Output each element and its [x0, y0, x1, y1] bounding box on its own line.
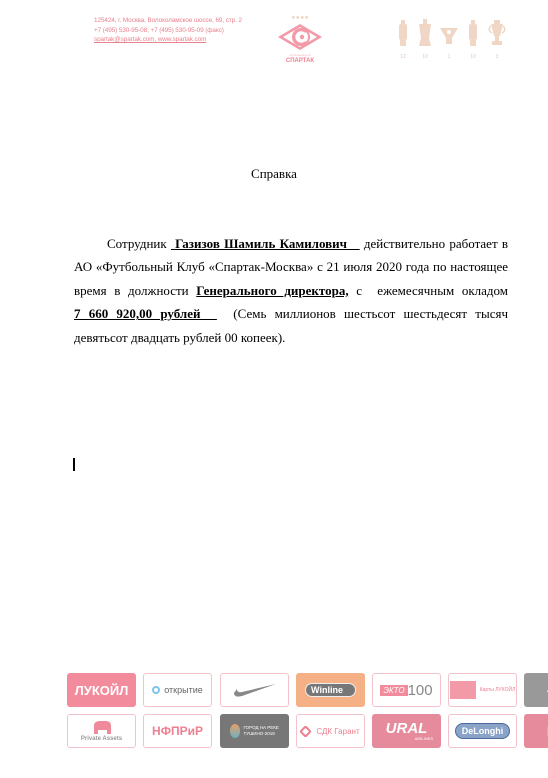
sponsor-winline: Winline [296, 673, 365, 707]
sponsor-nike [220, 673, 289, 707]
spartak-logo: ★★★★ футбольный клуб СПАРТАК [266, 12, 334, 66]
otkritie-icon [152, 686, 160, 694]
sponsor-label: СДК Гарант [316, 727, 359, 736]
email-link[interactable]: spartak@spartak.com [94, 36, 154, 43]
text-cursor [73, 458, 75, 471]
sponsor-ekto100: ЭКТО100 [372, 673, 441, 707]
ural-sub-label: AIRLINES [415, 736, 433, 741]
ekto-number: 100 [408, 682, 433, 699]
salary-intro-text: с ежемесячным окладом [349, 283, 512, 298]
sponsor-lukoil: ЛУКОЙЛ [67, 673, 136, 707]
trophy-count: 1 [438, 54, 460, 60]
trophy-count: 12 [392, 54, 414, 60]
phone-line: +7 (495) 530-95-08; +7 (495) 530-95-09 (… [94, 26, 242, 36]
website-link[interactable]: www.spartak.com [158, 36, 207, 43]
sponsor-ural-airlines: URAL AIRLINES [372, 714, 441, 748]
championship-trophy-icon: 12 [392, 16, 414, 60]
ekto-label: ЭКТО [380, 685, 407, 696]
contact-line: spartak@spartak.com, www.spartak.com [94, 35, 242, 45]
document-title: Справка [0, 166, 548, 182]
letterhead-address: 125424, г. Москва, Волоколамское шоссе, … [94, 16, 242, 45]
sponsor-label: Private Assets [81, 736, 122, 742]
nike-swoosh-icon [232, 681, 278, 699]
document-body: Сотрудник Газизов Шамиль Камилович дейст… [74, 232, 508, 349]
position: Генерального директора, [196, 283, 348, 298]
logo-name: СПАРТАК [286, 58, 315, 64]
sponsor-label: ГОРОД НА РЕКЕ ТУШИНО-2018 [244, 725, 280, 737]
sponsor-nis: NIS [524, 714, 548, 748]
super-cup-trophy-icon: 1 [438, 16, 460, 60]
sponsor-delonghi: DeLonghi [448, 714, 517, 748]
employee-name: Газизов Шамиль Камилович [171, 236, 360, 251]
sponsor-otkritie: открытие [143, 673, 212, 707]
sponsor-label: Winline [305, 683, 356, 697]
sponsor-tushino: ГОРОД НА РЕКЕ ТУШИНО-2018 [220, 714, 289, 748]
sdk-icon [300, 725, 313, 738]
trophy-count: 10 [462, 54, 484, 60]
sponsor-nfprir: НФПРиР [143, 714, 212, 748]
sponsor-label: НФПРиР [152, 724, 203, 738]
sponsor-private-assets: Private Assets [67, 714, 136, 748]
stars-icon: ★★★★ [291, 15, 309, 21]
russian-cup-trophy-icon: 3 [486, 16, 508, 60]
sponsor-label: ЛУКОЙЛ [75, 683, 129, 698]
trophy-count: 3 [486, 54, 508, 60]
card-icon [450, 681, 476, 699]
sponsor-sdk-garant: СДК Гарант [296, 714, 365, 748]
tushino-icon [230, 724, 240, 738]
salary-amount: 7 660 920,00 рублей [74, 306, 217, 321]
sponsor-lukoil-gray: Лукойл [524, 673, 548, 707]
sponsor-label: Карты ЛУКОЙЛ [480, 687, 516, 693]
trophies-row: 12 10 1 10 3 [392, 16, 512, 62]
sponsor-label: DeLonghi [455, 723, 511, 739]
sponsor-label: открытие [164, 685, 203, 695]
ural-label: URAL [386, 721, 428, 736]
cup-trophy-icon: 10 [462, 16, 484, 60]
sponsor-lukoil-cards: Карты ЛУКОЙЛ [448, 673, 517, 707]
intro-text: Сотрудник [107, 236, 171, 251]
logo-subtitle: футбольный клуб [289, 53, 311, 57]
certificate-paragraph: Сотрудник Газизов Шамиль Камилович дейст… [74, 232, 508, 349]
trophy-count: 10 [414, 54, 436, 60]
ussr-championship-trophy-icon: 10 [414, 16, 436, 60]
address-line: 125424, г. Москва, Волоколамское шоссе, … [94, 16, 242, 26]
elephant-icon [90, 720, 114, 736]
